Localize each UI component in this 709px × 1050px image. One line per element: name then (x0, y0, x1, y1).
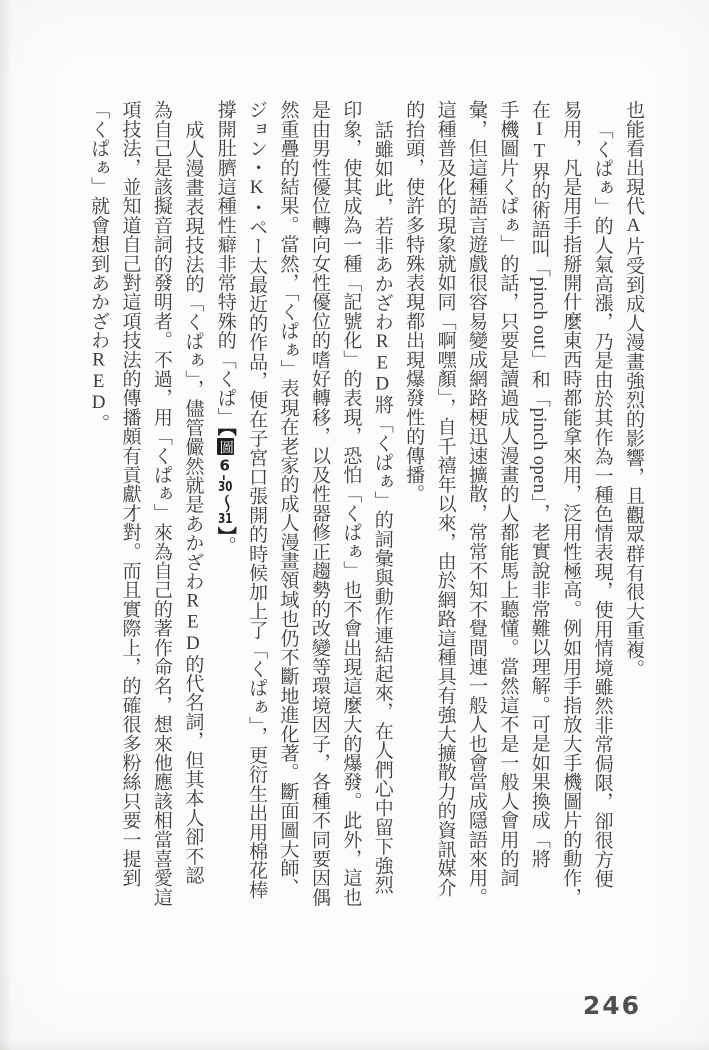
text-line-12: 然重疊的結果。當然，「くぱぁ」表現在老家的成人漫畫領域也仍不斷地進化著。斷面圖大… (272, 100, 303, 900)
text-line-3: 易用，凡是用手指掰開什麼東西時都能拿來用，泛用性極高。例如用手指放大手機圖片的動… (555, 100, 586, 900)
text-line-7: 這種普及化的現象就如同「啊嘿顏」，自千禧年以來，由於網路這種具有強大擴散力的資訊… (429, 100, 460, 900)
text-line-13: ジョン・K・ペー太最近的作品，便在子宮口張開的時候加上了「くぱぁ」，更衍生出用棉… (241, 100, 272, 900)
text-segment: 為自己是該擬音詞的發明者。不過，用「くぱぁ」來為自己的著作命名，想來他應該相當喜… (151, 100, 172, 906)
text-segment: 「くぱぁ」的人氣高漲，乃是由於其作為一種色情表現，使用情境雖然非常侷限，卻很方便 (592, 120, 613, 888)
text-line-11: 是由男性優位轉向女性優位的嗜好轉移，以及性器修正趨勢的改變等環境因子，各種不同要… (304, 100, 335, 900)
text-segment: 撐開肚臍這種性癖非常特殊的「くぱ」 (215, 100, 236, 426)
text-segment: 項技法，並知道自己對這項技法的傳播頗有貢獻才對。而且實際上，的確很多粉絲只要一提… (120, 100, 141, 887)
figure-icon: 圖 (217, 438, 234, 455)
text-segment: 然重疊的結果。當然，「くぱぁ」表現在老家的成人漫畫領域也仍不斷地進化著。斷面圖大… (278, 100, 299, 897)
text-line-14: 撐開肚臍這種性癖非常特殊的「くぱ」【圖6-30～31】。 (208, 100, 240, 900)
text-segment: 」，老實說非常難以理解。可是如果換成「將 (529, 493, 550, 868)
text-line-15: 成人漫畫表現技法的「くぱぁ」，儘管儼然就是あかざわRED的代名詞，但其本人卻不認 (177, 100, 208, 900)
text-segment: 】 (215, 526, 236, 536)
text-segment: RED (88, 350, 109, 414)
text-segment: 將「くぱぁ」的詞彙與動作連結起來，在人們心中留下強烈 (372, 395, 393, 894)
page-bottom-edge-shading (0, 1040, 709, 1050)
text-segment: ・ペー太最近的作品，便在子宮口張開的時候加上了「くぱぁ」，更衍生出用棉花棒 (246, 198, 267, 899)
text-line-18: 「くぱぁ」就會想到あかざわRED。 (83, 100, 114, 900)
text-segment: RED (182, 591, 203, 655)
text-segment: 的抬頭，使許多特殊表現都出現爆發性的傳播。 (403, 100, 424, 503)
text-line-8: 的抬頭，使許多特殊表現都出現爆發性的傳播。 (398, 100, 429, 900)
text-line-5: 手機圖片くぱぁ」的話，只要是讀過成人漫畫的人都能馬上聽懂。當然這不是一般人會用的… (492, 100, 523, 900)
text-segment: 印象，使其成為一種「記號化」的表現，恐怕「くぱぁ」也不會出現這麼大的爆發。此外，… (340, 100, 361, 906)
page-number: 246 (583, 991, 641, 1020)
text-segment: 是由男性優位轉向女性優位的嗜好轉移，以及性器修正趨勢的改變等環境因子，各種不同要… (309, 100, 330, 906)
text-segment: ジョン・ (246, 100, 267, 177)
text-segment: RED (372, 331, 393, 395)
text-segment: 」和「 (529, 350, 550, 408)
text-segment: 【 (215, 426, 236, 436)
text-segment: 彙，但這種語言遊戲很容易變成網路梗迅速擴散，常常不知不覺間連一般人也會當成隱語來… (466, 100, 487, 906)
book-page: 也能看出現代A片受到成人漫畫強烈的影響，且觀眾群有很大重複。「くぱぁ」的人氣高漲… (0, 0, 709, 1050)
text-segment: 在 (529, 100, 550, 119)
text-columns: 也能看出現代A片受到成人漫畫強烈的影響，且觀眾群有很大重複。「くぱぁ」的人氣高漲… (83, 100, 649, 900)
text-line-9: 話雖如此，若非あかざわRED將「くぱぁ」的詞彙與動作連結起來，在人們心中留下強烈 (366, 100, 397, 900)
text-segment: 。 (88, 413, 109, 432)
text-segment: 易用，凡是用手指掰開什麼東西時都能拿來用，泛用性極高。例如用手指放大手機圖片的動… (560, 100, 581, 906)
text-segment: 這種普及化的現象就如同「啊嘿顏」，自千禧年以來，由於網路這種具有強大擴散力的資訊… (435, 100, 456, 897)
text-segment: 6 (216, 456, 234, 474)
text-line-10: 印象，使其成為一種「記號化」的表現，恐怕「くぱぁ」也不會出現這麼大的爆發。此外，… (335, 100, 366, 900)
text-line-16: 為自己是該擬音詞的發明者。不過，用「くぱぁ」來為自己的著作命名，想來他應該相當喜… (146, 100, 177, 900)
text-line-4: 在IT界的術語叫「pinch out」和「pinch open」，老實說非常難以… (523, 100, 554, 900)
page-left-edge-shading (0, 0, 12, 1050)
text-segment: K (246, 177, 267, 198)
text-segment: 。 (215, 536, 236, 555)
text-segment: 「くぱぁ」就會想到あかざわ (88, 100, 109, 350)
text-segment: ～ (215, 494, 236, 513)
text-line-17: 項技法，並知道自己對這項技法的傳播頗有貢獻才對。而且實際上，的確很多粉絲只要一提… (114, 100, 145, 900)
text-segment: 手機圖片くぱぁ」的話，只要是讀過成人漫畫的人都能馬上聽懂。當然這不是一般人會用的… (497, 100, 518, 887)
text-segment: 片受到成人漫畫強烈的影響，且觀眾群有很大重複。 (623, 236, 644, 678)
text-segment: 31 (218, 513, 233, 526)
text-segment: pinch out (529, 277, 550, 350)
text-segment: 界的術語叫「 (529, 162, 550, 277)
text-line-1: 也能看出現代A片受到成人漫畫強烈的影響，且觀眾群有很大重複。 (618, 100, 649, 900)
text-segment: 話雖如此，若非あかざわ (372, 120, 393, 331)
text-segment: 成人漫畫表現技法的「くぱぁ」，儘管儼然就是あかざわ (182, 120, 203, 591)
text-segment: IT (529, 119, 550, 161)
text-line-6: 彙，但這種語言遊戲很容易變成網路梗迅速擴散，常常不知不覺間連一般人也會當成隱語來… (461, 100, 492, 900)
text-segment: A (623, 215, 644, 236)
text-segment: 30 (218, 481, 233, 494)
text-segment: 的代名詞，但其本人卻不認 (182, 654, 203, 884)
text-segment: pinch open (529, 407, 550, 493)
text-line-2: 「くぱぁ」的人氣高漲，乃是由於其作為一種色情表現，使用情境雖然非常侷限，卻很方便 (586, 100, 617, 900)
text-segment: 也能看出現代 (623, 100, 644, 215)
